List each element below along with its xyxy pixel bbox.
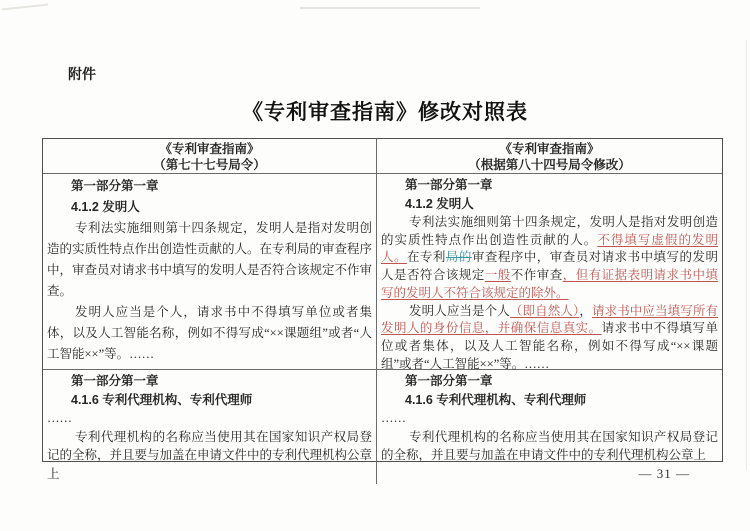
text-segment: ， xyxy=(579,304,592,318)
section-heading: 第一部分第一章 xyxy=(71,372,372,391)
header-old-title: 《专利审查指南》 xyxy=(47,141,372,157)
old-text-cell-412: 第一部分第一章 4.1.2 发明人 专利法实施细则第十四条规定，发明人是指对发明… xyxy=(43,174,377,369)
header-new-subtitle: （根据第八十四号局令修改） xyxy=(381,157,718,173)
document-page: 附件 《专利审查指南》修改对照表 《专利审查指南》 （第七十七号局令） 《专利审… xyxy=(0,0,750,531)
section-heading: 4.1.2 发明人 xyxy=(405,195,718,214)
inserted-text: 一般 xyxy=(485,268,511,282)
paragraph: 发明人应当是个人（即自然人），请求书中应当填写所有发明人的身份信息，并确保信息真… xyxy=(381,303,718,374)
text-segment: 发明人应当是个人 xyxy=(409,304,510,318)
paragraph: 专利代理机构的名称应当使用其在国家知识产权局登记的全称，并且要与加盖在申请文件中… xyxy=(47,428,372,484)
paragraph: 专利代理机构的名称应当使用其在国家知识产权局登记的全称，并且要与加盖在申请文件中… xyxy=(381,428,718,465)
paragraph: 发明人应当是个人，请求书中不得填写单位或者集体，以及人工智能名称，例如不得写成“… xyxy=(47,302,372,365)
text-segment: 在专利 xyxy=(407,250,446,264)
scan-artifact xyxy=(2,4,48,11)
deleted-text: 局的 xyxy=(446,250,472,264)
inserted-text: （即自然人） xyxy=(510,304,579,318)
old-text-cell-416: 第一部分第一章 4.1.6 专利代理机构、专利代理师 …… 专利代理机构的名称应… xyxy=(43,370,377,484)
header-cell-new-version: 《专利审查指南》 （根据第八十四号局令修改） xyxy=(377,139,722,173)
section-heading: 4.1.6 专利代理机构、专利代理师 xyxy=(405,391,718,410)
header-cell-old-version: 《专利审查指南》 （第七十七号局令） xyxy=(43,139,377,173)
new-text-cell-412: 第一部分第一章 4.1.2 发明人 专利法实施细则第十四条规定，发明人是指对发明… xyxy=(377,174,722,369)
text-segment: 不作审查 xyxy=(511,268,563,282)
page-number: — 31 — xyxy=(639,466,691,482)
section-heading: 第一部分第一章 xyxy=(71,176,372,197)
header-new-title: 《专利审查指南》 xyxy=(381,141,718,157)
table-header-row: 《专利审查指南》 （第七十七号局令） 《专利审查指南》 （根据第八十四号局令修改… xyxy=(43,139,722,174)
section-heading: 第一部分第一章 xyxy=(405,372,718,391)
header-old-subtitle: （第七十七号局令） xyxy=(47,157,372,173)
section-heading: 第一部分第一章 xyxy=(405,176,718,195)
ellipsis: …… xyxy=(47,409,372,428)
table-row-section-416: 第一部分第一章 4.1.6 专利代理机构、专利代理师 …… 专利代理机构的名称应… xyxy=(43,370,722,484)
table-row-section-412: 第一部分第一章 4.1.2 发明人 专利法实施细则第十四条规定，发明人是指对发明… xyxy=(43,174,722,370)
ellipsis: …… xyxy=(381,409,718,428)
comparison-table: 《专利审查指南》 （第七十七号局令） 《专利审查指南》 （根据第八十四号局令修改… xyxy=(42,138,723,462)
section-heading: 4.1.2 发明人 xyxy=(71,197,372,218)
paragraph: 专利法实施细则第十四条规定，发明人是指对发明创造的实质性特点作出创造性贡献的人。… xyxy=(47,218,372,302)
attachment-label: 附件 xyxy=(68,64,96,84)
page-title: 《专利审查指南》修改对照表 xyxy=(10,96,750,126)
scan-artifact xyxy=(300,7,480,9)
paragraph: 专利法实施细则第十四条规定，发明人是指对发明创造的实质性特点作出创造性贡献的人。… xyxy=(381,214,718,303)
section-heading: 4.1.6 专利代理机构、专利代理师 xyxy=(71,391,372,410)
